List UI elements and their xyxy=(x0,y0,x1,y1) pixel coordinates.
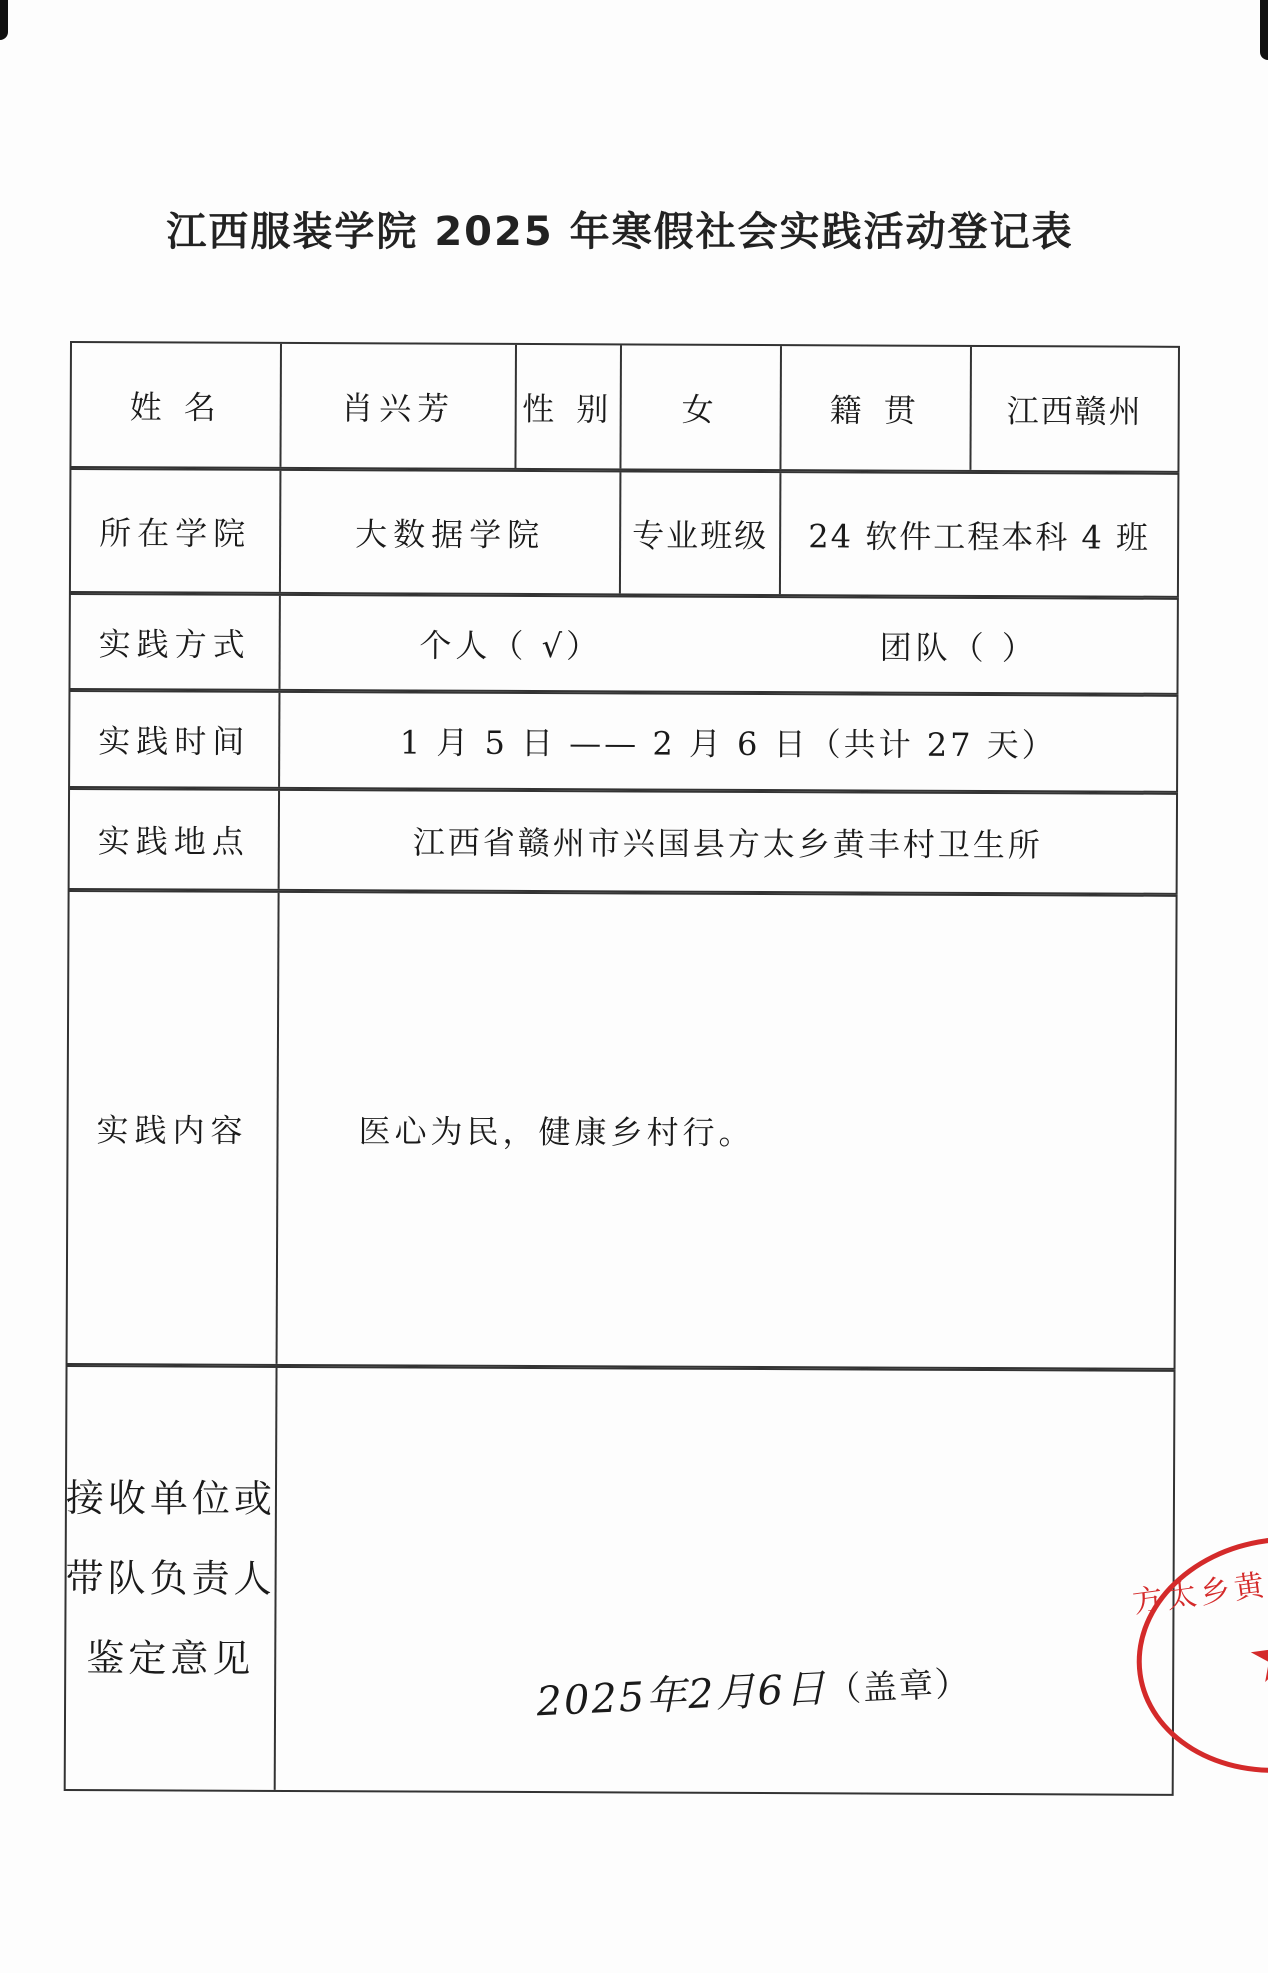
opinion-area: 2025年2月6日（盖章） 方太乡黄丰村卫生所 ★ xyxy=(276,1368,1174,1794)
location-value: 江西省赣州市兴国县方太乡黄丰村卫生所 xyxy=(280,791,1176,893)
name-value: 肖兴芳 xyxy=(281,344,517,468)
class-value: 24 软件工程本科 4 班 xyxy=(781,473,1178,596)
origin-value: 江西赣州 xyxy=(971,347,1178,471)
opinion-label: 接收单位或 带队负责人 鉴定意见 xyxy=(66,1367,278,1790)
content-label: 实践内容 xyxy=(68,892,280,1364)
college-value: 大数据学院 xyxy=(281,471,622,593)
form-row-basic-info: 姓 名 肖兴芳 性 别 女 籍 贯 江西赣州 xyxy=(69,341,1180,473)
time-label: 实践时间 xyxy=(70,692,280,787)
form-row-practice-location: 实践地点 江西省赣州市兴国县方太乡黄丰村卫生所 xyxy=(68,788,1178,895)
opinion-label-line: 接收单位或 xyxy=(66,1458,276,1539)
form-row-practice-content: 实践内容 医心为民，健康乡村行。 xyxy=(66,890,1178,1370)
opinion-label-line: 鉴定意见 xyxy=(86,1618,254,1699)
location-label: 实践地点 xyxy=(70,790,280,889)
time-value: 1 月 5 日 —— 2 月 6 日（共计 27 天） xyxy=(280,693,1176,791)
form-row-college: 所在学院 大数据学院 专业班级 24 软件工程本科 4 班 xyxy=(69,468,1180,598)
signature-date: 2025年2月6日（盖章） xyxy=(535,1650,972,1728)
team-option: 团队（ ） xyxy=(880,622,1038,669)
college-label: 所在学院 xyxy=(71,470,282,592)
class-label: 专业班级 xyxy=(621,472,782,594)
gender-label: 性 别 xyxy=(516,345,622,468)
name-label: 姓 名 xyxy=(71,343,282,467)
gender-value: 女 xyxy=(621,345,782,469)
opinion-label-line: 带队负责人 xyxy=(65,1538,275,1619)
handwritten-date: 2025年2月6日 xyxy=(535,1665,828,1725)
registration-form: 姓 名 肖兴芳 性 别 女 籍 贯 江西赣州 所在学院 大数据学院 专业班级 2… xyxy=(64,343,1180,1798)
content-value: 医心为民，健康乡村行。 xyxy=(278,893,1176,1368)
stamp-text: 方太乡黄丰村卫生所 xyxy=(1130,1540,1268,1621)
scan-corner-shadow xyxy=(0,0,8,40)
star-icon: ★ xyxy=(1242,1615,1268,1694)
individual-option: 个人（ √） xyxy=(419,620,602,667)
scan-corner-shadow xyxy=(1260,0,1268,60)
form-row-practice-time: 实践时间 1 月 5 日 —— 2 月 6 日（共计 27 天） xyxy=(68,690,1178,793)
form-row-practice-mode: 实践方式 个人（ √） 团队（ ） xyxy=(68,593,1178,695)
official-stamp: 方太乡黄丰村卫生所 ★ xyxy=(1122,1519,1268,1791)
mode-label: 实践方式 xyxy=(70,595,280,689)
form-row-evaluation: 接收单位或 带队负责人 鉴定意见 2025年2月6日（盖章） 方太乡黄丰村卫生所… xyxy=(64,1365,1176,1796)
seal-note: （盖章） xyxy=(826,1664,972,1711)
page-title: 江西服装学院 2025 年寒假社会实践活动登记表 xyxy=(150,200,1090,257)
mode-options: 个人（ √） 团队（ ） xyxy=(280,596,1176,693)
origin-label: 籍 贯 xyxy=(781,346,972,470)
